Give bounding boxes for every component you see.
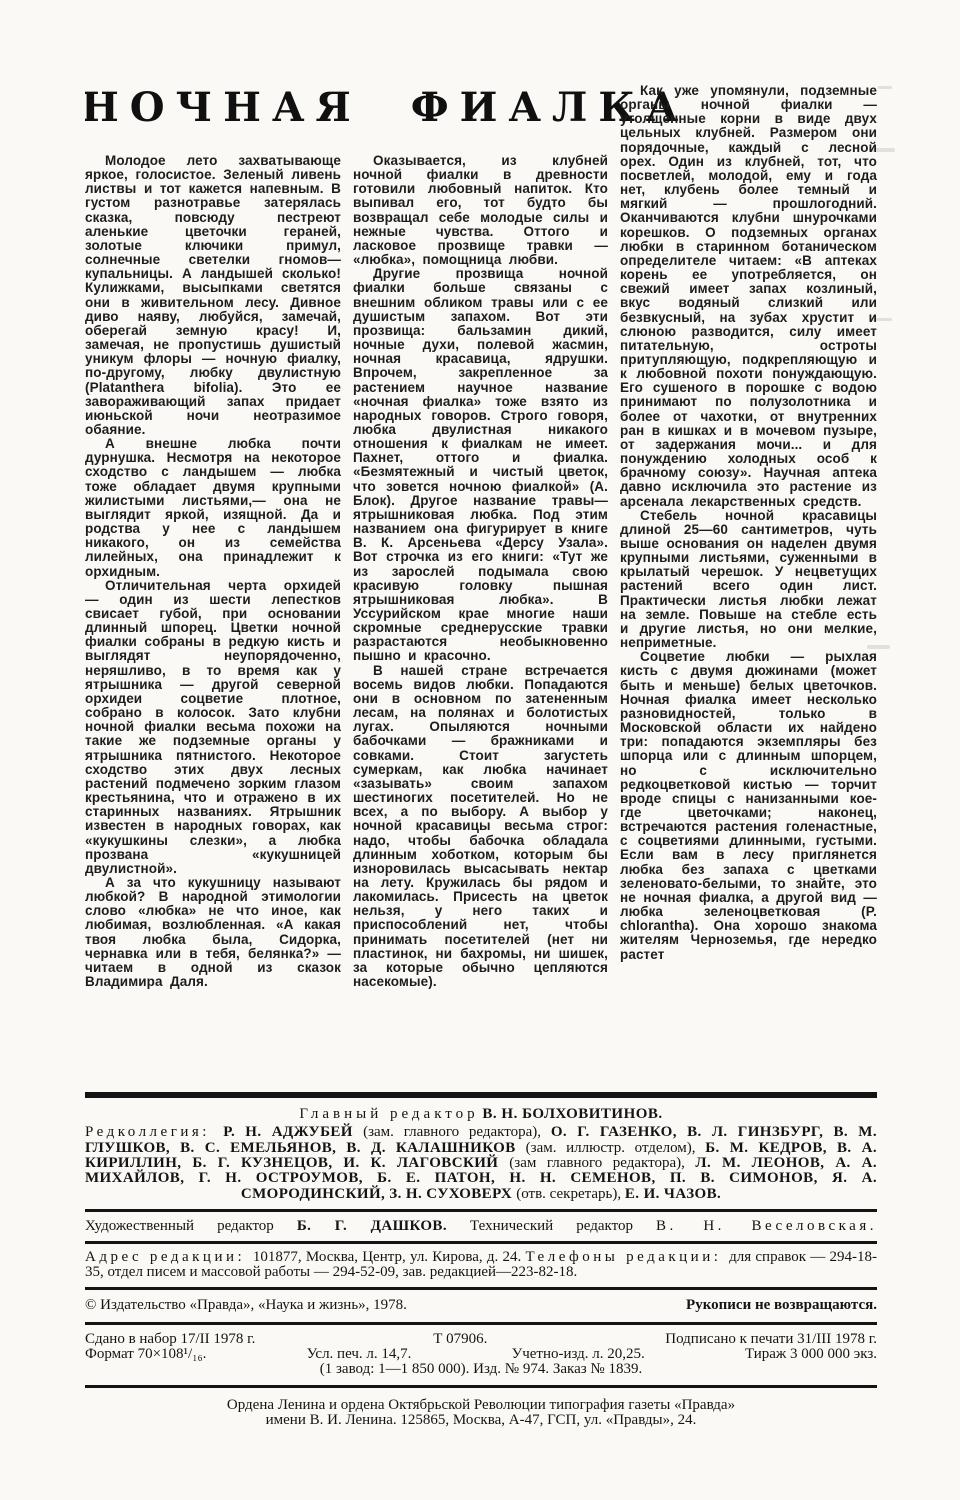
paragraph: Как уже упомянули, подземные органы ночн…	[620, 84, 877, 509]
chief-editor-name: В. Н. БОЛХОВИТИНОВ.	[482, 1106, 662, 1122]
format-note: Формат 70×108¹/₁₆.	[85, 1347, 206, 1362]
art-tech-editors-line: Художественный редактор Б. Г. ДАШКОВ. Те…	[85, 1219, 877, 1234]
page-content: НОЧНАЯ ФИАЛКА Молодое лето захватывающе …	[85, 84, 877, 1428]
text-segment: (зам. главного редактора),	[363, 1124, 551, 1140]
divider-rule	[85, 1241, 877, 1244]
text-segment: Б. Г. ДАШКОВ.	[297, 1218, 447, 1234]
paragraph: Оказывается, из клубней ночной фиалки в …	[353, 154, 608, 267]
imprint-row-3: (1 завод: 1—1 850 000). Изд. № 974. Зака…	[85, 1362, 877, 1377]
chief-editor-label: Главный редактор	[299, 1106, 478, 1122]
text-segment: Телефоны редакции:	[525, 1249, 729, 1265]
paragraph: Другие прозвища ночной фиалки больше свя…	[353, 267, 608, 663]
text-column-2: Оказывается, из клубней ночной фиалки в …	[353, 154, 608, 989]
divider-rule	[85, 1322, 877, 1325]
divider-rule	[85, 1209, 877, 1212]
copyright-line: © Издательство «Правда», «Наука и жизнь»…	[85, 1298, 407, 1313]
article-night-violet: НОЧНАЯ ФИАЛКА Молодое лето захватывающе …	[85, 84, 877, 1092]
text-segment: (отв. секретарь),	[516, 1186, 625, 1202]
text-segment: Художественный редактор	[85, 1218, 297, 1234]
imprint-block: Сдано в набор 17/II 1978 г. Т 07906. Под…	[85, 1332, 877, 1377]
paragraph: Соцветие любки — рыхлая кисть с двумя дю…	[620, 650, 877, 961]
printed-sheets: Усл. печ. л. 14,7.	[307, 1347, 412, 1362]
paragraph: Стебель ночной красавицы длиной 25—60 са…	[620, 509, 877, 651]
paragraph: Молодое лето захватывающе яркое, голосис…	[85, 154, 341, 437]
imprint-code: Т 07906.	[433, 1332, 487, 1347]
text-segment: Адрес редакции:	[85, 1249, 253, 1265]
paragraph: А внешне любка почти дурнушка. Несмотря …	[85, 437, 341, 579]
divider-rule	[85, 1092, 877, 1098]
typography-line-2: имени В. И. Ленина. 125865, Москва, А-47…	[85, 1413, 877, 1428]
copyright-row: © Издательство «Правда», «Наука и жизнь»…	[85, 1298, 877, 1313]
text-segment: Технический редактор	[447, 1218, 656, 1234]
chief-editor-line: Главный редактор В. Н. БОЛХОВИТИНОВ.	[85, 1107, 877, 1122]
paragraph: В нашей стране встречается восемь видов …	[353, 664, 608, 990]
text-column-1: Молодое лето захватывающе яркое, голосис…	[85, 154, 341, 989]
typeset-date: Сдано в набор 17/II 1978 г.	[85, 1332, 255, 1347]
typography-note: Ордена Ленина и ордена Октябрьской Револ…	[85, 1398, 877, 1428]
article-left-block: НОЧНАЯ ФИАЛКА Молодое лето захватывающе …	[85, 84, 608, 989]
editorial-address-block: Адрес редакции: 101877, Москва, Центр, у…	[85, 1250, 877, 1280]
text-segment: 101877, Москва, Центр, ул. Кирова, д. 24…	[253, 1249, 526, 1265]
text-columns: Молодое лето захватывающе яркое, голосис…	[85, 154, 608, 989]
circulation: Тираж 3 000 000 экз.	[745, 1347, 877, 1362]
text-segment: Е. И. ЧАЗОВ.	[625, 1186, 721, 1202]
text-segment: В. Н. Веселовская.	[656, 1218, 877, 1234]
print-date: Подписано к печати 31/III 1978 г.	[665, 1332, 877, 1347]
paragraph: Отличительная черта орхидей — один из ше…	[85, 579, 341, 876]
typography-line-1: Ордена Ленина и ордена Октябрьской Револ…	[85, 1398, 877, 1413]
scan-artifact	[878, 86, 892, 89]
text-segment: (зам главного редактора),	[509, 1155, 695, 1171]
manuscripts-note: Рукописи не возвращаются.	[686, 1298, 877, 1313]
text-segment: Редколлегия:	[85, 1124, 223, 1140]
magazine-page: НОЧНАЯ ФИАЛКА Молодое лето захватывающе …	[0, 0, 960, 1500]
paragraph: А за что кукушницу называют любкой? В на…	[85, 876, 341, 989]
divider-rule	[85, 1287, 877, 1290]
imprint-row-1: Сдано в набор 17/II 1978 г. Т 07906. Под…	[85, 1332, 877, 1347]
text-column-3: Как уже упомянули, подземные органы ночн…	[620, 84, 877, 962]
masthead: Главный редактор В. Н. БОЛХОВИТИНОВ. Ред…	[85, 1092, 877, 1428]
imprint-row-2: Формат 70×108¹/₁₆. Усл. печ. л. 14,7. Уч…	[85, 1347, 877, 1362]
publisher-sheets: Учетно-изд. л. 20,25.	[512, 1347, 645, 1362]
divider-rule	[85, 1385, 877, 1388]
text-segment: Р. Н. АДЖУБЕЙ	[223, 1124, 363, 1140]
article-title: НОЧНАЯ ФИАЛКА	[85, 88, 608, 128]
editorial-board: Редколлегия: Р. Н. АДЖУБЕЙ (зам. главног…	[85, 1125, 877, 1201]
text-segment: (зам. иллюстр. отделом),	[526, 1140, 706, 1156]
